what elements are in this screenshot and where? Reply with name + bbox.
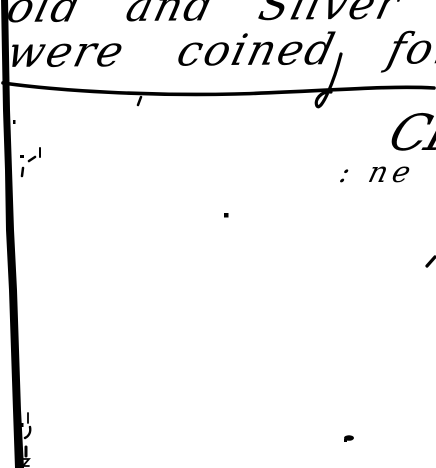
ink-speck [21, 423, 24, 427]
ink-speck [344, 435, 354, 441]
ink-speck [20, 155, 24, 158]
ink-speck [344, 439, 347, 442]
handwritten-fragment-partial-word: : ne [336, 155, 419, 189]
ink-speck [22, 168, 23, 176]
ink-speck [29, 157, 35, 161]
scanned-manuscript-page: old and Silver C were coined for CH : ne [0, 0, 436, 468]
underline-rule [3, 83, 434, 94]
ink-speck [224, 213, 229, 218]
ink-specks [13, 97, 435, 466]
ink-speck [23, 459, 29, 466]
ink-speck [25, 427, 30, 438]
ink-speck [427, 257, 435, 266]
ink-speck [13, 120, 16, 124]
handwritten-fragment-initials: CH [382, 104, 436, 162]
ink-speck [138, 97, 141, 105]
handwritten-line-2: were coined for [2, 24, 436, 78]
